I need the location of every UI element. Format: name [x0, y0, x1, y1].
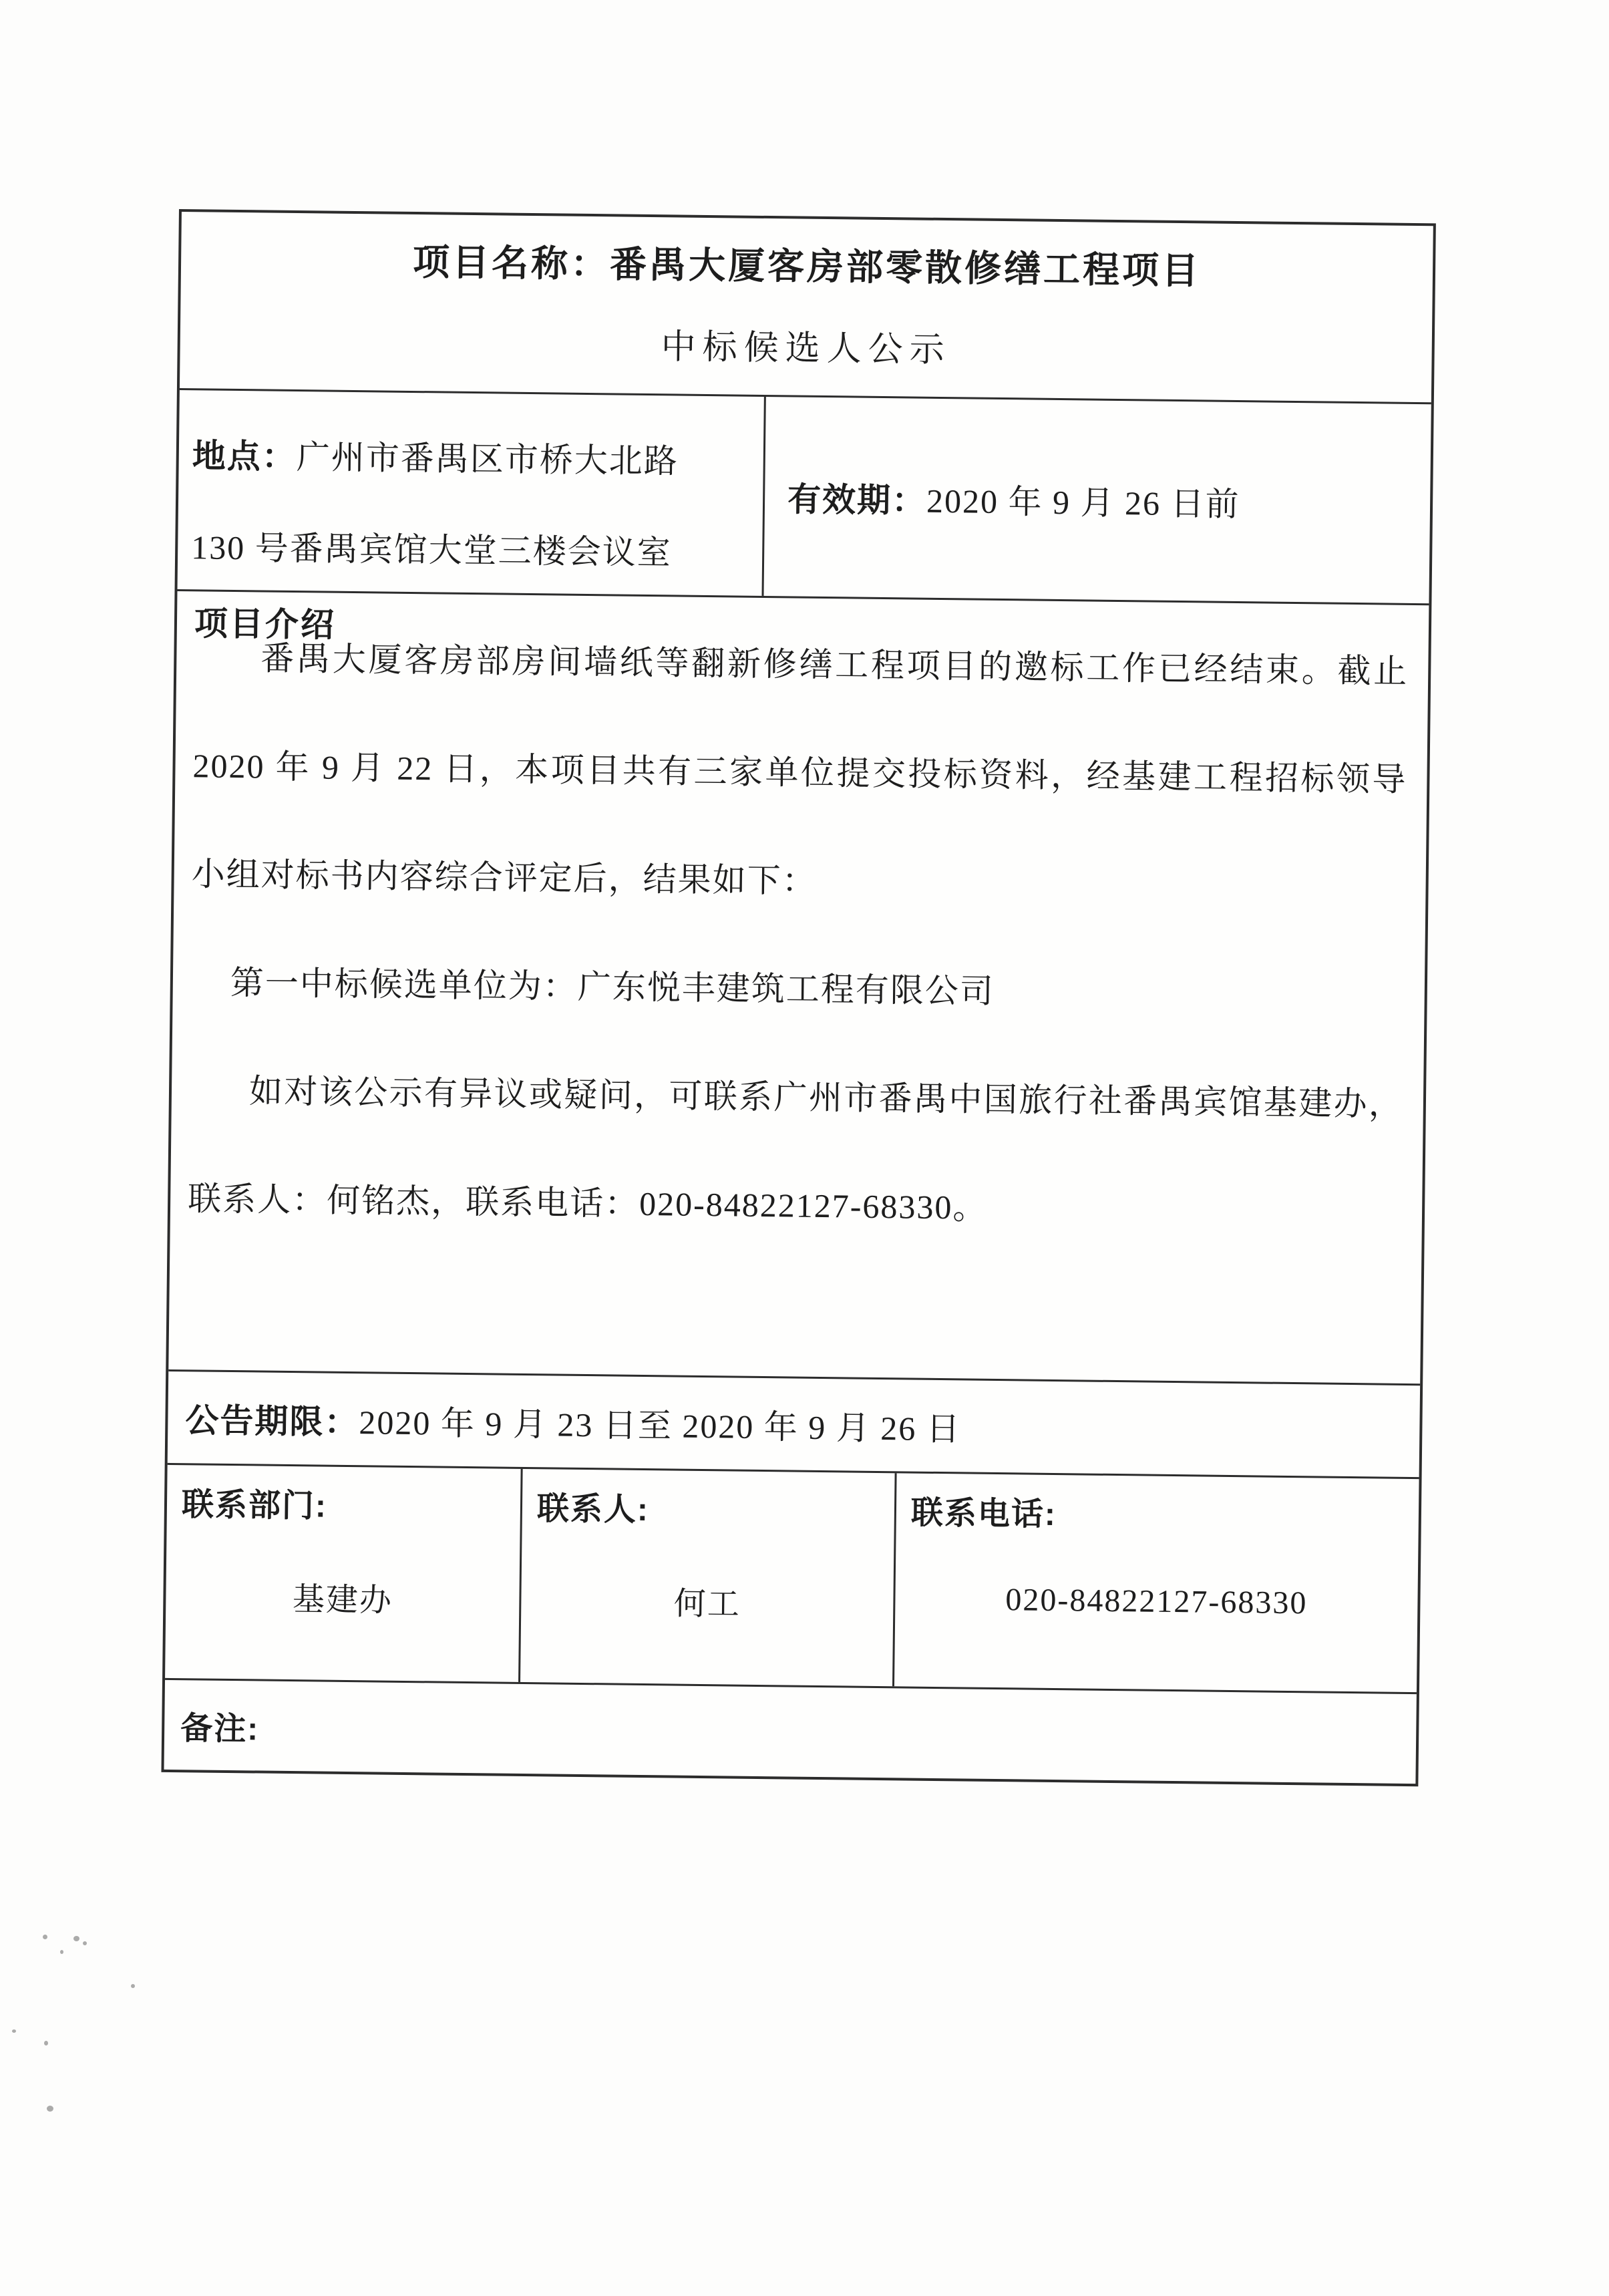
project-name-line: 项目名称：番禺大厦客房部零散修缮工程项目 [413, 240, 1202, 291]
project-name-label: 项目名称： [413, 240, 610, 284]
project-intro-cell: 项目介绍 番禺大厦客房部房间墙纸等翻新修缮工程项目的邀标工作已经结束。截止 20… [168, 589, 1429, 1383]
project-name-value: 番禺大厦客房部零散修缮工程项目 [610, 244, 1202, 291]
contact-department-value: 基建办 [166, 1572, 520, 1622]
location-label: 地点： [192, 437, 297, 476]
contact-phone-cell: 联系电话: 020-84822127-68330 [894, 1473, 1419, 1692]
location-line1: 广州市番禺区市桥大北路 [296, 438, 679, 480]
winner-candidate-line: 第一中标候选单位为：广东悦丰建筑工程有限公司 [190, 928, 1405, 1050]
contact-person-label: 联系人: [537, 1482, 650, 1530]
scan-speck [73, 1936, 79, 1941]
scan-speck [60, 1950, 63, 1954]
title-row: 项目名称：番禺大厦客房部零散修缮工程项目 中标候选人公示 [180, 212, 1433, 402]
scan-speck [47, 2106, 53, 2112]
location-line2: 130 号番禺宾馆大堂三楼会议室 [191, 528, 672, 571]
contact-department-label: 联系部门: [182, 1478, 328, 1526]
validity-value: 2020 年 9 月 26 日前 [926, 474, 1240, 526]
remarks-label: 备注: [180, 1702, 260, 1749]
intro-paragraph-2: 如对该公示有异议或疑问，可联系广州市番禺中国旅行社番禺宾馆基建办，联系人：何铭杰… [187, 1036, 1404, 1267]
validity-label: 有效期： [787, 472, 927, 522]
validity-cell: 有效期：2020 年 9 月 26 日前 [763, 397, 1431, 603]
scan-speck [83, 1941, 87, 1945]
contact-department-cell: 联系部门: 基建办 [165, 1465, 523, 1682]
scan-speck [12, 2029, 16, 2033]
intro-paragraph-1: 番禺大厦客房部房间墙纸等翻新修缮工程项目的邀标工作已经结束。截止 2020 年 … [191, 603, 1409, 942]
remarks-row: 备注: [164, 1678, 1416, 1784]
contact-person-cell: 联系人: 何工 [520, 1469, 897, 1686]
notice-period-value: 2020 年 9 月 23 日至 2020 年 9 月 26 日 [359, 1396, 961, 1450]
notice-period-row: 公告期限：2020 年 9 月 23 日至 2020 年 9 月 26 日 [168, 1369, 1420, 1477]
location-cell: 地点：广州市番禺区市桥大北路 130 号番禺宾馆大堂三楼会议室 [178, 390, 766, 596]
notice-period-label: 公告期限： [185, 1393, 359, 1444]
contact-phone-value: 020-84822127-68330 [895, 1580, 1418, 1623]
announcement-subtitle: 中标候选人公示 [661, 327, 951, 371]
contact-phone-label: 联系电话: [911, 1487, 1057, 1534]
scan-speck [44, 2041, 48, 2045]
scan-speck [43, 1935, 47, 1939]
contacts-row: 联系部门: 基建办 联系人: 何工 联系电话: 020-84822127-683… [165, 1463, 1419, 1692]
project-intro-header: 项目介绍 [194, 603, 337, 645]
contact-person-value: 何工 [521, 1576, 894, 1626]
location-validity-row: 地点：广州市番禺区市桥大北路 130 号番禺宾馆大堂三楼会议室 有效期：2020… [178, 388, 1431, 603]
scan-speck [131, 1984, 135, 1988]
announcement-table: 项目名称：番禺大厦客房部零散修缮工程项目 中标候选人公示 地点：广州市番禺区市桥… [161, 209, 1435, 1786]
